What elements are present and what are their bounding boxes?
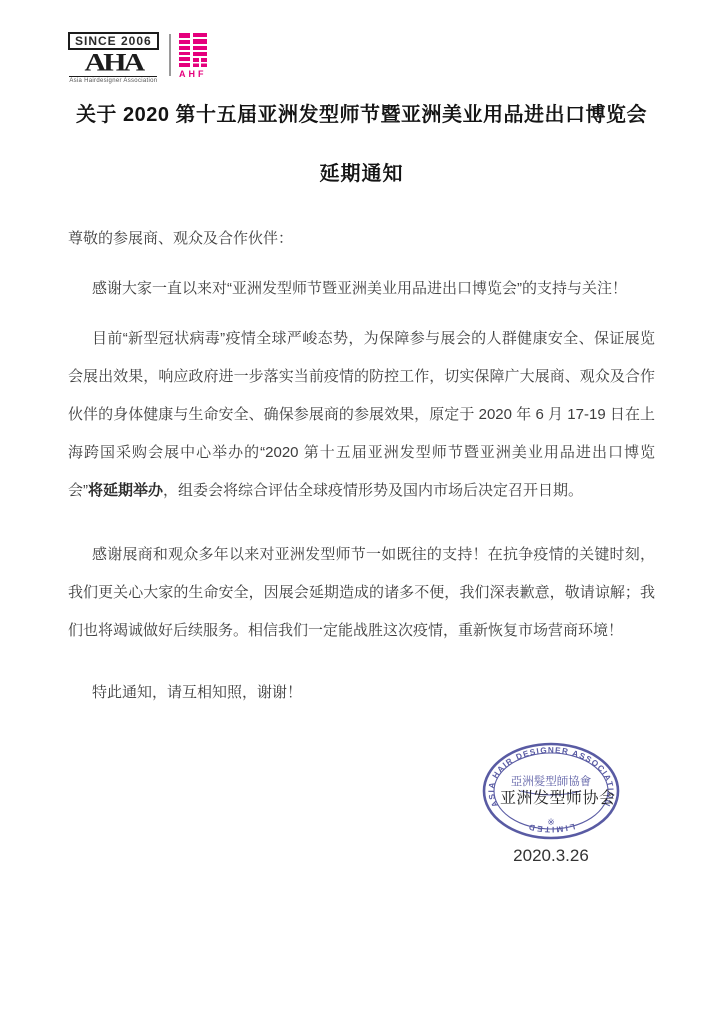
paragraph-postponement-post: ，组委会将综合评估全球疫情形势及国内市场后决定召开日期。 [163, 482, 583, 499]
aha-subtitle: Asia Hairdesigner Association [69, 76, 157, 84]
notice-title-line2: 延期通知 [68, 157, 655, 186]
greeting-line: 尊敬的参展商、观众及合作伙伴： [68, 220, 655, 258]
notice-document: SINCE 2006 AHA Asia Hairdesigner Associa… [0, 0, 723, 1024]
letterhead-divider [169, 34, 171, 76]
notice-title-line1: 关于 2020 第十五届亚洲发型师节暨亚洲美业用品进出口博览会 [68, 98, 655, 127]
ahf-blocks-icon [179, 33, 207, 67]
paragraph-apology: 感谢展商和观众多年以来对亚洲发型师节一如既往的支持！在抗争疫情的关键时刻，我们更… [68, 536, 655, 650]
seal-star-icon: ※ [547, 817, 555, 827]
aha-logo: SINCE 2006 AHA Asia Hairdesigner Associa… [68, 32, 159, 84]
paragraph-postponement: 目前“新型冠状病毒”疫情全球严峻态势，为保障参与展会的人群健康安全、保证展览会展… [68, 320, 655, 510]
paragraph-closing: 特此通知，请互相知照，谢谢！ [68, 674, 655, 712]
aha-wordmark: AHA [85, 52, 143, 74]
since-2006-label: SINCE 2006 [68, 32, 159, 50]
signature-date: 2020.3.26 [481, 846, 621, 866]
letter-body: 尊敬的参展商、观众及合作伙伴： 感谢大家一直以来对“亚洲发型师节暨亚洲美业用品进… [68, 220, 655, 712]
signature-area: ASIA HAIR DESIGNER ASSOCIATION LIMITED 亞… [68, 740, 655, 900]
paragraph-thanks: 感谢大家一直以来对“亚洲发型师节暨亚洲美业用品进出口博览会”的支持与关注！ [68, 270, 655, 308]
letterhead: SINCE 2006 AHA Asia Hairdesigner Associa… [68, 32, 655, 80]
association-name-signature: 亚洲发型师协会 [500, 785, 616, 808]
ahf-logo: AHF [179, 33, 207, 79]
paragraph-postponement-bold: 将延期举办 [88, 482, 163, 499]
paragraph-postponement-pre: 目前“新型冠状病毒”疫情全球严峻态势，为保障参与展会的人群健康安全、保证展览会展… [68, 330, 655, 499]
ahf-wordmark: AHF [179, 69, 207, 79]
